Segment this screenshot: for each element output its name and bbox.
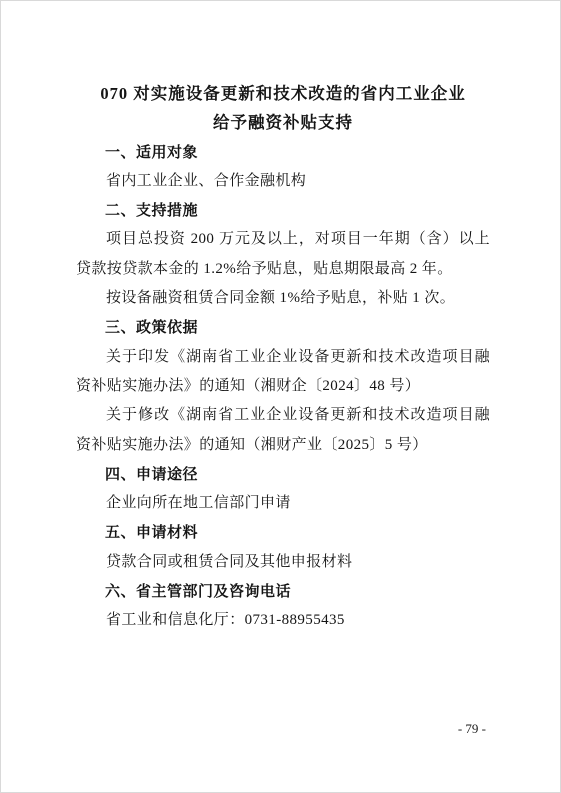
paragraph-applicable-objects: 省内工业企业、合作金融机构 bbox=[76, 167, 490, 196]
document-page: 070 对实施设备更新和技术改造的省内工业企业 给予融资补贴支持 一、适用对象 … bbox=[0, 0, 561, 793]
paragraph-department-contact: 省工业和信息化厅：0731-88955435 bbox=[76, 606, 490, 635]
doc-title-line-1: 070 对实施设备更新和技术改造的省内工业企业 bbox=[76, 79, 490, 108]
page-number: - 79 - bbox=[458, 721, 486, 737]
document-content: 070 对实施设备更新和技术改造的省内工业企业 给予融资补贴支持 一、适用对象 … bbox=[76, 79, 490, 636]
paragraph-policy-basis-2: 关于修改《湖南省工业企业设备更新和技术改造项目融资补贴实施办法》的通知（湘财产业… bbox=[76, 401, 490, 460]
heading-application-materials: 五、申请材料 bbox=[76, 518, 490, 547]
doc-title-line-2: 给予融资补贴支持 bbox=[76, 108, 490, 137]
paragraph-application-channel: 企业向所在地工信部门申请 bbox=[76, 489, 490, 518]
paragraph-policy-basis-1: 关于印发《湖南省工业企业设备更新和技术改造项目融资补贴实施办法》的通知（湘财企〔… bbox=[76, 343, 490, 402]
paragraph-application-materials: 贷款合同或租赁合同及其他申报材料 bbox=[76, 548, 490, 577]
heading-applicable-objects: 一、适用对象 bbox=[76, 138, 490, 167]
paragraph-support-measures-1: 项目总投资 200 万元及以上，对项目一年期（含）以上贷款按贷款本金的 1.2%… bbox=[76, 225, 490, 284]
heading-policy-basis: 三、政策依据 bbox=[76, 313, 490, 342]
paragraph-support-measures-2: 按设备融资租赁合同金额 1%给予贴息，补贴 1 次。 bbox=[76, 284, 490, 313]
heading-support-measures: 二、支持措施 bbox=[76, 196, 490, 225]
heading-application-channel: 四、申请途径 bbox=[76, 460, 490, 489]
heading-department-contact: 六、省主管部门及咨询电话 bbox=[76, 577, 490, 606]
